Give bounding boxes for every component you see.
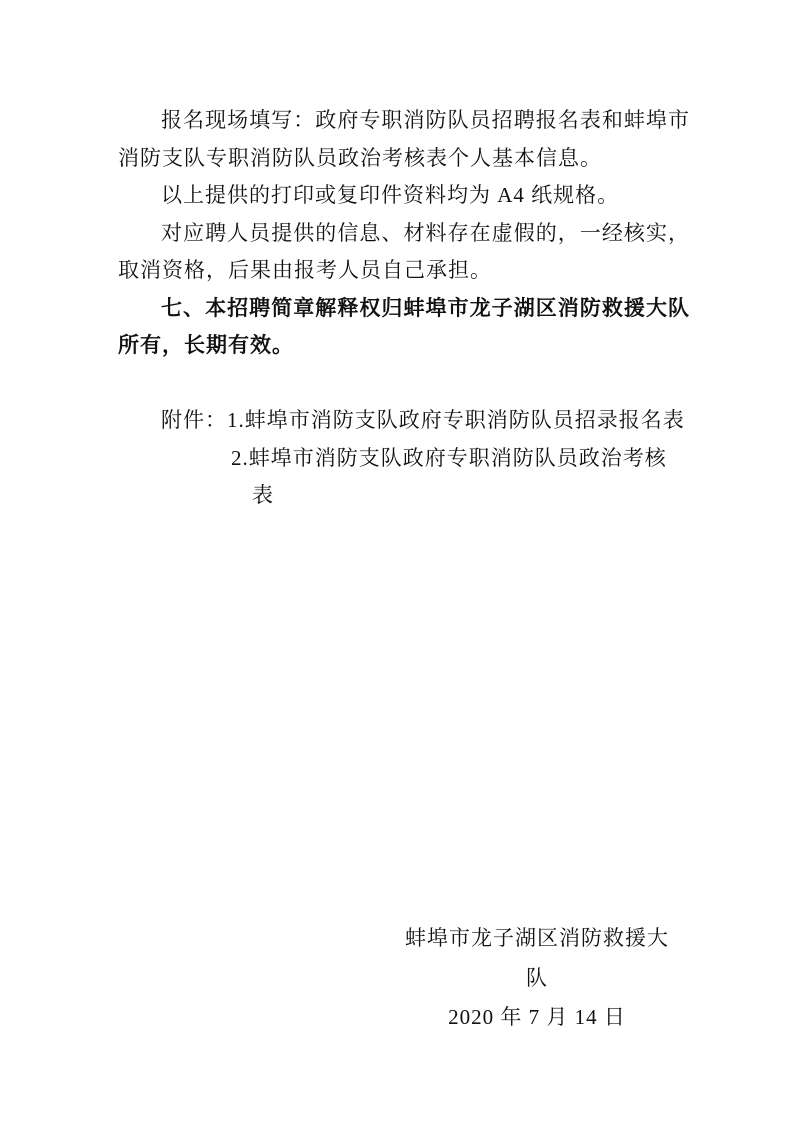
paragraph-false-info-warning-line2: 取消资格，后果由报考人员自己承担。 bbox=[118, 252, 690, 290]
paragraph-clause-seven-line1: 七、本招聘简章解释权归蚌埠市龙子湖区消防救援大队 bbox=[118, 290, 690, 328]
signature-date: 2020 年 7 月 14 日 bbox=[400, 998, 674, 1038]
paragraph-false-info-warning-line1: 对应聘人员提供的信息、材料存在虚假的，一经核实， bbox=[118, 215, 690, 253]
signature-organization: 蚌埠市龙子湖区消防救援大队 bbox=[400, 919, 674, 998]
attachments-line1: 附件：1.蚌埠市消防支队政府专职消防队员招录报名表 bbox=[118, 402, 690, 440]
signature-block: 蚌埠市龙子湖区消防救援大队 2020 年 7 月 14 日 bbox=[400, 919, 674, 1038]
paragraph-registration-note-line2: 消防支队专职消防队员政治考核表个人基本信息。 bbox=[118, 140, 690, 178]
document-page: 报名现场填写：政府专职消防队员招聘报名表和蚌埠市 消防支队专职消防队员政治考核表… bbox=[0, 0, 793, 1122]
attachments-line2: 2.蚌埠市消防支队政府专职消防队员政治考核 bbox=[118, 440, 690, 478]
document-body: 报名现场填写：政府专职消防队员招聘报名表和蚌埠市 消防支队专职消防队员政治考核表… bbox=[118, 102, 690, 515]
attachments-line3: 表 bbox=[118, 477, 690, 515]
paragraph-clause-seven-line2: 所有，长期有效。 bbox=[118, 327, 690, 365]
paragraph-registration-note-line1: 报名现场填写：政府专职消防队员招聘报名表和蚌埠市 bbox=[118, 102, 690, 140]
blank-line bbox=[118, 365, 690, 403]
paragraph-a4-spec-line1: 以上提供的打印或复印件资料均为 A4 纸规格。 bbox=[118, 177, 690, 215]
